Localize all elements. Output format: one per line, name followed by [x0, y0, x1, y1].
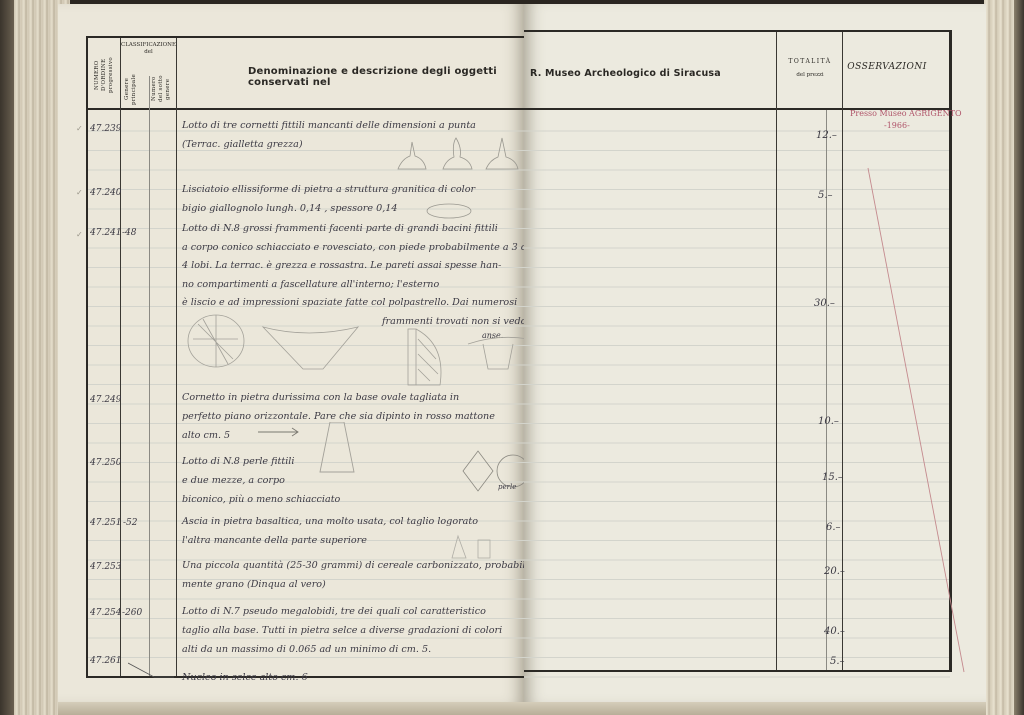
- perle-sketch-icon: [443, 446, 533, 496]
- entry-number: 47.250: [90, 458, 122, 468]
- entry-number: 47.253: [90, 562, 122, 572]
- ledger-right-page: R. Museo Archeologico di Siracusa TOTALI…: [524, 4, 986, 702]
- entry-number: 47.249: [90, 395, 122, 405]
- observation-strike-line: [864, 164, 974, 684]
- entry-total: 6.–: [826, 522, 841, 533]
- entry-number: 47.251: [90, 518, 122, 528]
- header-genere-principale: Genere principale: [124, 72, 146, 106]
- entry-number-range: -52: [123, 518, 138, 528]
- column-divider: [176, 38, 177, 676]
- cornetti-sketch-icon: [388, 134, 523, 179]
- entry-total: 40.–: [824, 626, 845, 637]
- header-osservazioni: OSSERVAZIONI: [844, 62, 930, 72]
- header-description-right: R. Museo Archeologico di Siracusa: [530, 68, 721, 79]
- ledger-left-page: NUMERO D'ORDINE progressivo CLASSIFICAZI…: [58, 4, 524, 702]
- entry-total: 15.–: [822, 472, 843, 483]
- lisciatoio-sketch-icon: [424, 202, 474, 220]
- entry-number-range: -48: [122, 228, 137, 238]
- entry-total: 20.–: [824, 566, 845, 577]
- entry-total: 5.–: [830, 656, 845, 667]
- entry-number: 47.240: [90, 188, 122, 198]
- entry-total: 12.–: [816, 130, 837, 141]
- bacini-fragments-sketch-icon: [178, 309, 528, 389]
- entry-description: Lotto di N.7 pseudo megalobidi, tre dei …: [182, 602, 502, 659]
- entry-total: 30.–: [814, 298, 835, 309]
- header-divider: [88, 108, 524, 110]
- entry-number: 47.241: [90, 228, 122, 238]
- book-bottom-edge: [58, 700, 986, 715]
- entry-number: 47.261: [90, 656, 122, 666]
- entry-description: Ascia in pietra basaltica, una molto usa…: [182, 512, 478, 550]
- entry-number-range: -260: [122, 608, 142, 618]
- header-classificazione: CLASSIFICAZIONE del: [121, 42, 176, 56]
- page-stack-right: [984, 0, 1024, 715]
- entry-number: 47.239: [90, 124, 122, 134]
- entry-total: 10.–: [818, 416, 839, 427]
- observation-note: Presso Museo AGRIGENTO -1966-: [850, 108, 962, 132]
- header-description-left: Denominazione e descrizione degli oggett…: [248, 66, 524, 88]
- header-del-prezzi: del prezzi: [778, 72, 842, 78]
- entry-description: Una piccola quantità (25-30 grammi) di c…: [182, 556, 529, 594]
- header-numero-ordine: NUMERO D'ORDINE progressivo: [94, 46, 114, 104]
- header-totalita: TOTALITÀ: [778, 58, 842, 65]
- sketch-label: perle: [498, 482, 516, 492]
- header-sotto-genere: Numero del sotto genere: [151, 72, 173, 106]
- column-divider: [149, 76, 150, 676]
- entry-description: Nucleo in selce alto cm. 6: [182, 668, 308, 687]
- entry-number: 47.254: [90, 608, 122, 618]
- entry-description: Lotto di N.8 perle fittili e due mezze, …: [182, 452, 340, 509]
- entry-total: 5.–: [818, 190, 833, 201]
- column-divider: [776, 32, 777, 670]
